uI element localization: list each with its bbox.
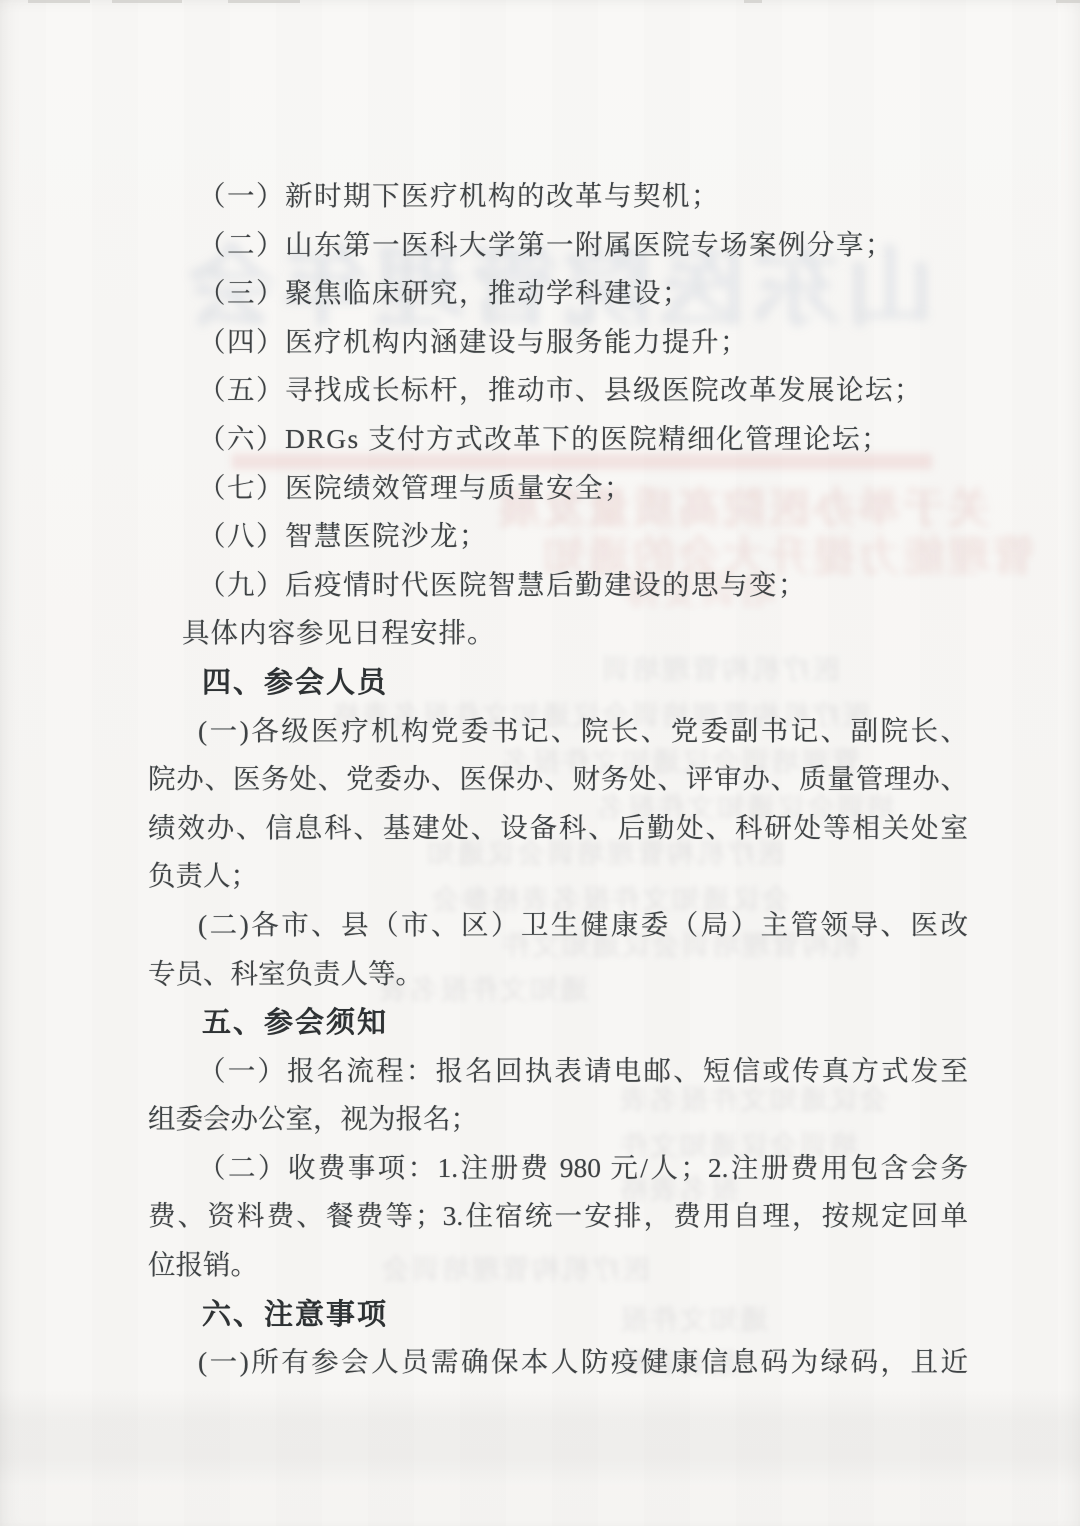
agenda-item: （九）后疫情时代医院智慧后勤建设的思与变； (198, 561, 968, 610)
scan-dash (112, 0, 182, 3)
document-text: （一）新时期下医疗机构的改革与契机；（二）山东第一医科大学第一附属医院专场案例分… (148, 172, 968, 1387)
paragraph-line: 专员、科室负责人等。 (148, 950, 968, 999)
paragraph-line: 组委会办公室，视为报名； (148, 1095, 968, 1144)
paragraph-line: (一)各级医疗机构党委书记、院长、党委副书记、副院长、 (198, 707, 968, 756)
paragraph-line: (二)各市、县（市、区）卫生健康委（局）主管领导、医改 (198, 901, 968, 950)
agenda-item: （五）寻找成长标杆，推动市、县级医院改革发展论坛； (198, 366, 968, 415)
scan-dash (228, 0, 300, 3)
scanned-page: 山东医院管理年会关于举办医院高质量发展管理能力提升大会的通知培训安排医疗机构管理… (0, 0, 1080, 1526)
note-line: 具体内容参见日程安排。 (182, 609, 968, 658)
scan-dash (744, 0, 762, 3)
section-heading: 四、参会人员 (202, 658, 968, 707)
section-heading: 五、参会须知 (202, 998, 968, 1047)
paragraph-line: （一）报名流程：报名回执表请电邮、短信或传真方式发至 (198, 1047, 968, 1096)
paragraph-line: 绩效办、信息科、基建处、设备科、后勤处、科研处等相关处室 (148, 804, 968, 853)
agenda-item: （二）山东第一医科大学第一附属医院专场案例分享； (198, 221, 968, 270)
paragraph-line: 负责人； (148, 852, 968, 901)
agenda-item: （一）新时期下医疗机构的改革与契机； (198, 172, 968, 221)
agenda-item: （八）智慧医院沙龙； (198, 512, 968, 561)
agenda-item: （三）聚焦临床研究，推动学科建设； (198, 269, 968, 318)
paragraph-line: 费、资料费、餐费等；3.住宿统一安排，费用自理，按规定回单 (148, 1192, 968, 1241)
paragraph-line: （二）收费事项：1.注册费 980 元/人；2.注册费用包含会务 (198, 1144, 968, 1193)
agenda-item: （七）医院绩效管理与质量安全； (198, 464, 968, 513)
scan-shadow-band (0, 1390, 1080, 1486)
agenda-item: （四）医疗机构内涵建设与服务能力提升； (198, 318, 968, 367)
scan-dash (1056, 0, 1080, 3)
scan-dash (28, 0, 90, 3)
section-heading: 六、注意事项 (202, 1290, 968, 1339)
agenda-item: （六）DRGs 支付方式改革下的医院精细化管理论坛； (198, 415, 968, 464)
paragraph-line: (一)所有参会人员需确保本人防疫健康信息码为绿码，且近 (198, 1338, 968, 1387)
paragraph-line: 位报销。 (148, 1241, 968, 1290)
paragraph-line: 院办、医务处、党委办、医保办、财务处、评审办、质量管理办、 (148, 755, 968, 804)
